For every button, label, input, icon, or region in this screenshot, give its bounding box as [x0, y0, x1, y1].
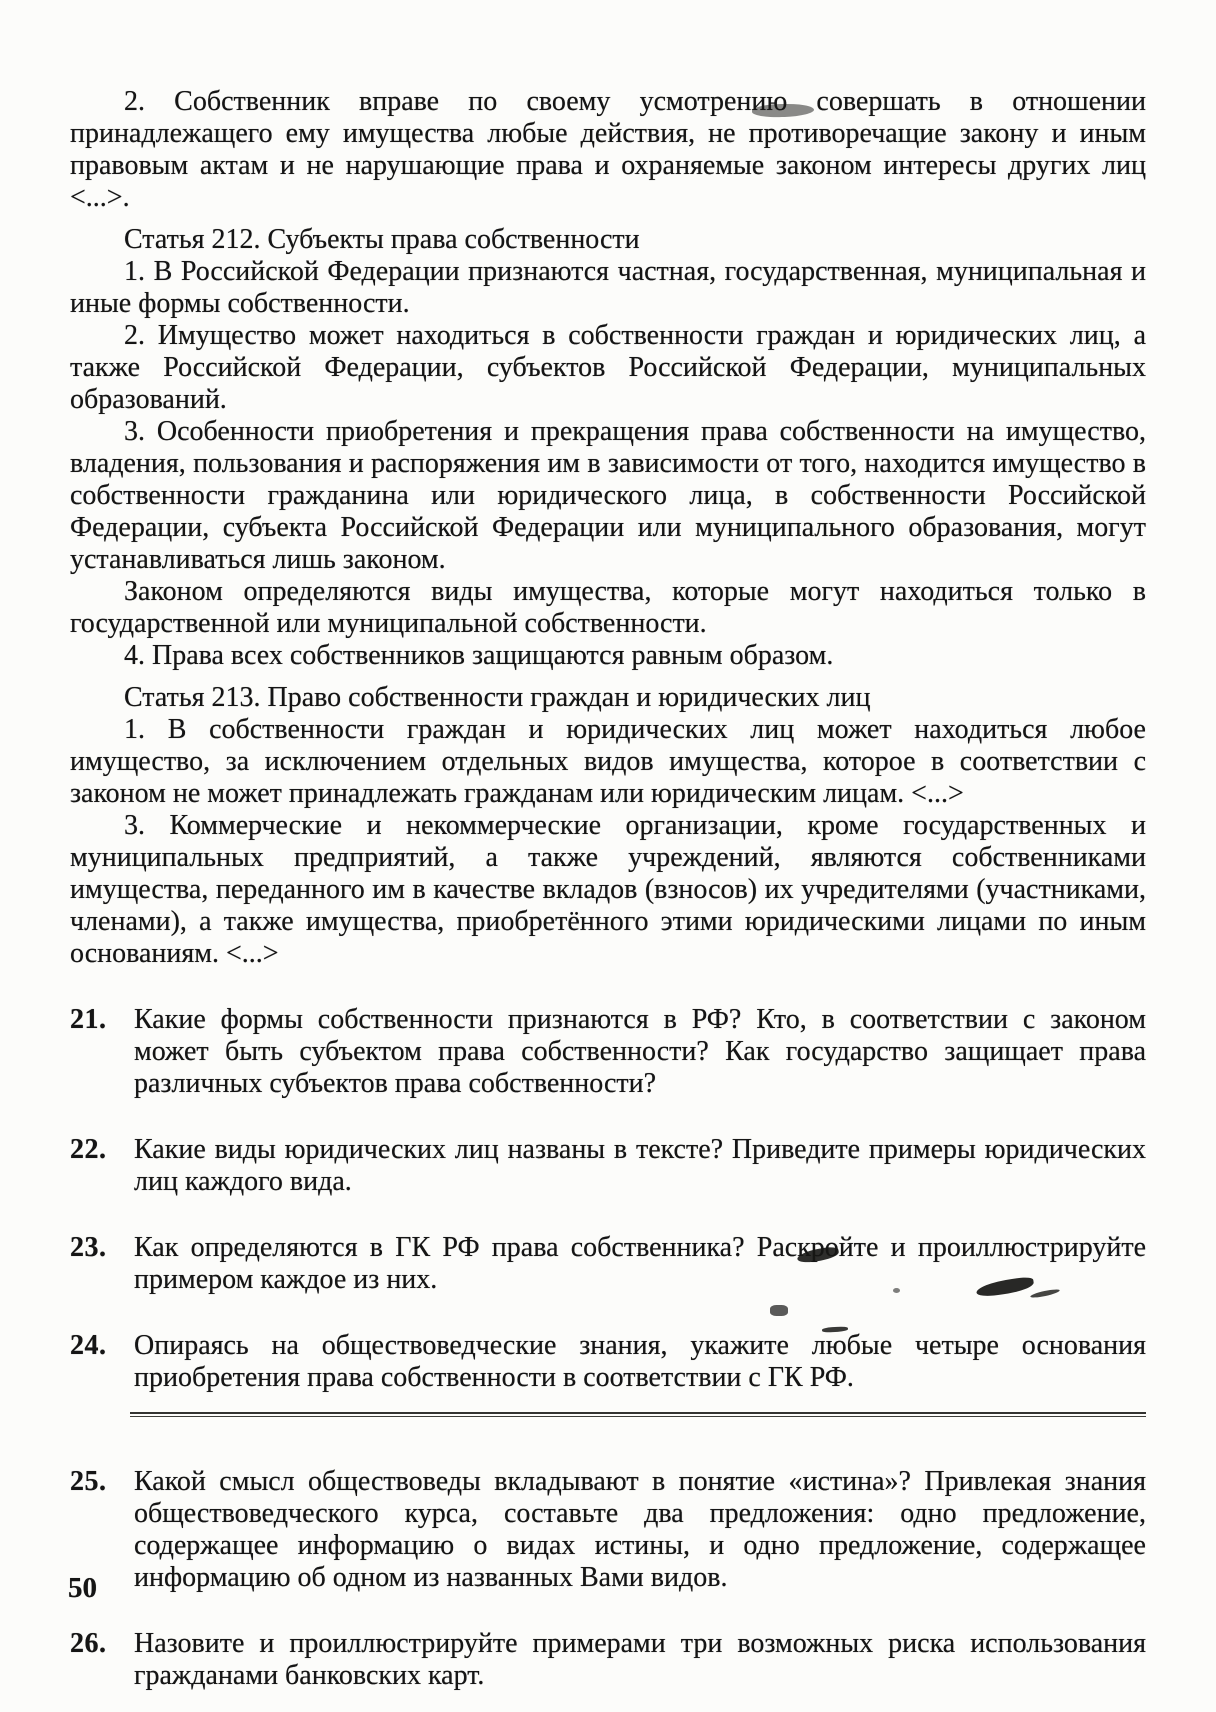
section-divider-rule [130, 1412, 1146, 1417]
question-text: Какой смысл обществоведы вкладывают в по… [134, 1466, 1146, 1594]
question-number: 26. [70, 1628, 134, 1660]
question-text: Опираясь на обществоведческие знания, ук… [134, 1330, 1146, 1394]
ink-smudge [893, 1288, 900, 1293]
excerpt-paragraph: 2. Имущество может находиться в собствен… [70, 320, 1146, 416]
excerpt-paragraph: 2. Собственник вправе по своему усмотрен… [70, 86, 1146, 214]
question-text: Назовите и проиллюстрируйте примерами тр… [134, 1628, 1146, 1692]
question-item-24: 24. Опираясь на обществоведческие знания… [70, 1330, 1146, 1394]
excerpt-paragraph: Законом определяются виды имущества, кот… [70, 576, 1146, 640]
document-excerpt: 2. Собственник вправе по своему усмотрен… [70, 86, 1146, 970]
question-item-22: 22. Какие виды юридических лиц названы в… [70, 1134, 1146, 1198]
excerpt-paragraph: 4. Права всех собственников защищаются р… [70, 640, 1146, 672]
question-item-26: 26. Назовите и проиллюстрируйте примерам… [70, 1628, 1146, 1692]
question-number: 25. [70, 1466, 134, 1498]
question-number: 23. [70, 1232, 134, 1264]
question-text: Какие виды юридических лиц названы в тек… [134, 1134, 1146, 1198]
question-item-25: 25. Какой смысл обществоведы вкладывают … [70, 1466, 1146, 1594]
excerpt-paragraph: 1. В собственности граждан и юридических… [70, 714, 1146, 810]
excerpt-paragraph: 3. Коммерческие и некоммерческие организ… [70, 810, 1146, 970]
excerpt-paragraph: 1. В Российской Федерации признаются час… [70, 256, 1146, 320]
question-number: 21. [70, 1004, 134, 1036]
ink-smudge [770, 1305, 788, 1316]
question-text: Какие формы собственности признаются в Р… [134, 1004, 1146, 1100]
page-content: 2. Собственник вправе по своему усмотрен… [70, 86, 1146, 1692]
question-item-21: 21. Какие формы собственности признаются… [70, 1004, 1146, 1100]
questions-list: 21. Какие формы собственности признаются… [70, 1004, 1146, 1692]
excerpt-paragraph: 3. Особенности приобретения и прекращени… [70, 416, 1146, 576]
page-number: 50 [68, 1572, 97, 1605]
article-213-heading: Статья 213. Право собственности граждан … [70, 682, 1146, 714]
scanned-page: 2. Собственник вправе по своему усмотрен… [0, 0, 1216, 1712]
article-212-heading: Статья 212. Субъекты права собственности [70, 224, 1146, 256]
question-number: 24. [70, 1330, 134, 1362]
question-number: 22. [70, 1134, 134, 1166]
